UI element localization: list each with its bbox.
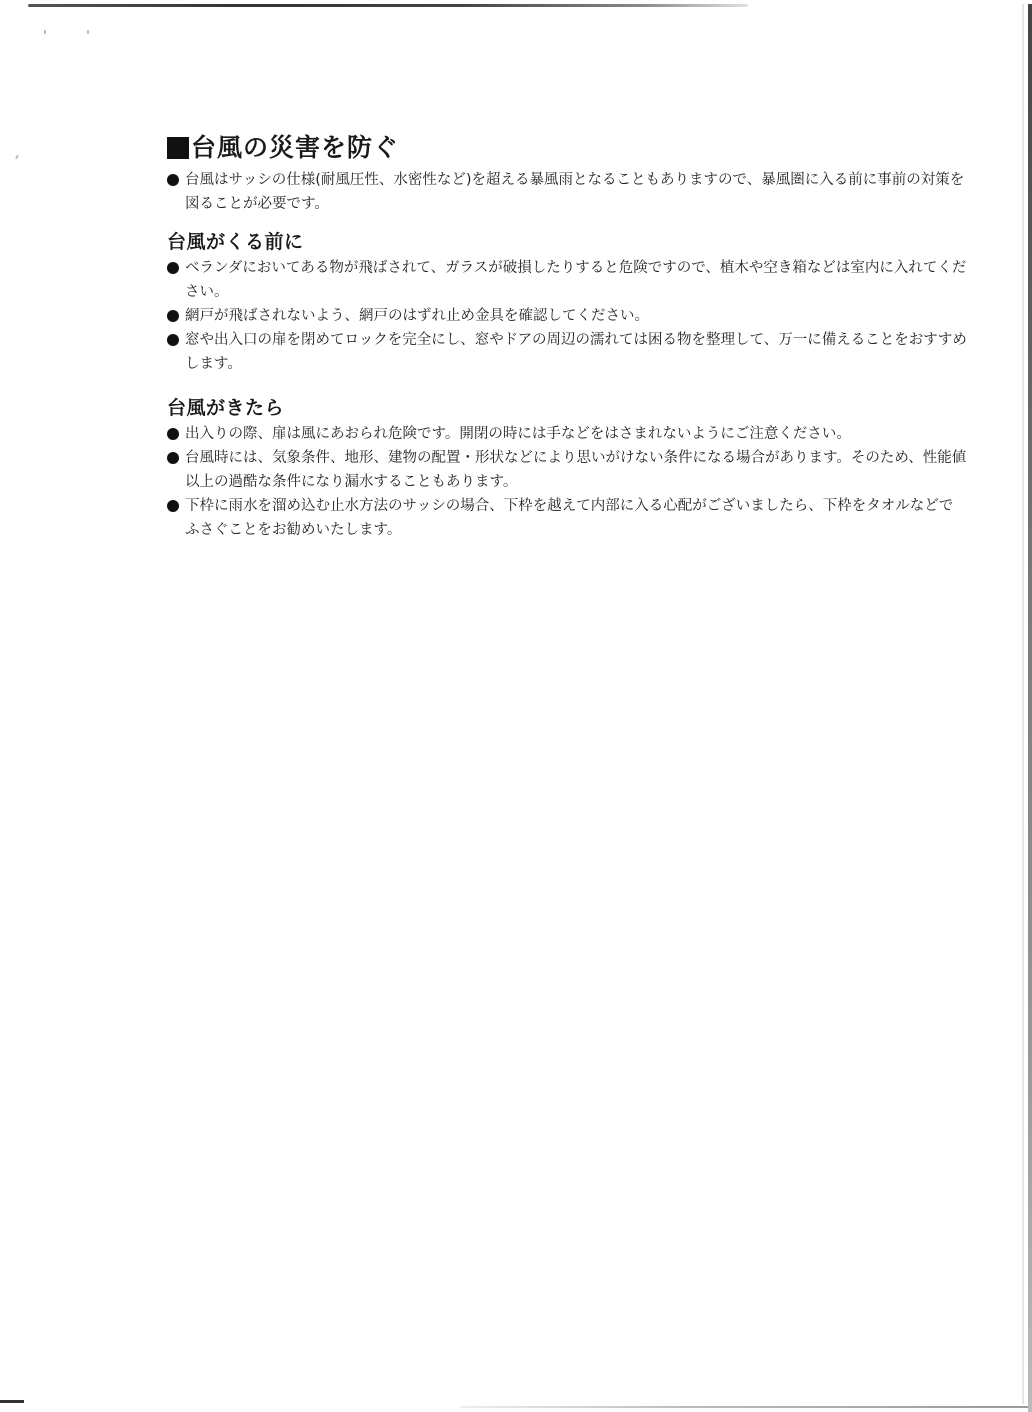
bullet-icon	[167, 500, 179, 512]
list-item-text: 台風時には、気象条件、地形、建物の配置・形状などにより思いがけない条件になる場合…	[185, 450, 966, 490]
bullet-icon	[167, 310, 179, 322]
document-body: 台風の災害を防ぐ 台風はサッシの仕様(耐風圧性、水密性など)を超える暴風雨となる…	[167, 128, 967, 542]
list-item: ベランダにおいてある物が飛ばされて、ガラスが破損したりすると危険ですので、植木や…	[167, 256, 967, 304]
scan-speck	[15, 155, 19, 159]
list-item-text: 台風はサッシの仕様(耐風圧性、水密性など)を超える暴風雨となることもありますので…	[185, 172, 964, 212]
list-item-text: 網戸が飛ばされないよう、網戸のはずれ止め金具を確認してください。	[185, 308, 649, 324]
bullet-icon	[167, 334, 179, 346]
list-item: 下枠に雨水を溜め込む止水方法のサッシの場合、下枠を越えて内部に入る心配がございま…	[167, 494, 967, 542]
list-item: 台風はサッシの仕様(耐風圧性、水密性など)を超える暴風雨となることもありますので…	[167, 168, 967, 216]
bullet-list: 出入りの際、扉は風にあおられ危険です。開閉の時には手などをはさまれないようにご注…	[167, 422, 967, 542]
list-item-text: 窓や出入口の扉を閉めてロックを完全にし、窓やドアの周辺の濡れては困る物を整理して…	[185, 332, 967, 372]
bullet-icon	[167, 452, 179, 464]
section-heading: 台風がくる前に	[167, 228, 967, 256]
scan-top-edge	[28, 4, 748, 7]
scan-bottom-edge	[460, 1406, 1028, 1408]
scan-right-shadow	[1022, 4, 1024, 1404]
list-item-text: 出入りの際、扉は風にあおられ危険です。開閉の時には手などをはさまれないようにご注…	[185, 426, 851, 442]
section-heading: 台風がきたら	[167, 394, 967, 422]
list-item-text: 下枠に雨水を溜め込む止水方法のサッシの場合、下枠を越えて内部に入る心配がございま…	[185, 498, 953, 538]
intro-bullet-list: 台風はサッシの仕様(耐風圧性、水密性など)を超える暴風雨となることもありますので…	[167, 168, 967, 216]
bullet-list: ベランダにおいてある物が飛ばされて、ガラスが破損したりすると危険ですので、植木や…	[167, 256, 967, 376]
scan-right-edge	[1028, 4, 1032, 1412]
list-item-text: ベランダにおいてある物が飛ばされて、ガラスが破損したりすると危険ですので、植木や…	[185, 260, 966, 300]
page-title: 台風の災害を防ぐ	[167, 128, 967, 168]
black-square-icon	[167, 137, 189, 159]
scan-bottom-left-mark	[0, 1400, 24, 1403]
section-during-typhoon: 台風がきたら 出入りの際、扉は風にあおられ危険です。開閉の時には手などをはさまれ…	[167, 394, 967, 542]
list-item: 台風時には、気象条件、地形、建物の配置・形状などにより思いがけない条件になる場合…	[167, 446, 967, 494]
scan-speck	[44, 30, 46, 34]
page-title-text: 台風の災害を防ぐ	[191, 128, 399, 168]
bullet-icon	[167, 262, 179, 274]
scan-speck	[87, 30, 89, 34]
bullet-icon	[167, 428, 179, 440]
list-item: 網戸が飛ばされないよう、網戸のはずれ止め金具を確認してください。	[167, 304, 967, 328]
bullet-icon	[167, 174, 179, 186]
list-item: 出入りの際、扉は風にあおられ危険です。開閉の時には手などをはさまれないようにご注…	[167, 422, 967, 446]
section-before-typhoon: 台風がくる前に ベランダにおいてある物が飛ばされて、ガラスが破損したりすると危険…	[167, 228, 967, 376]
list-item: 窓や出入口の扉を閉めてロックを完全にし、窓やドアの周辺の濡れては困る物を整理して…	[167, 328, 967, 376]
